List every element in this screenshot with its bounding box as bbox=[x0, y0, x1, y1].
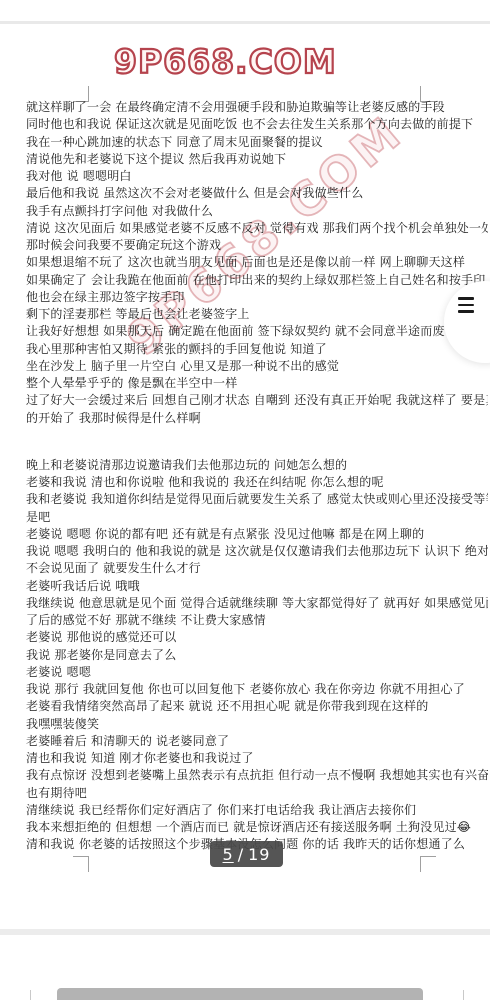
text-line: 老婆说 嗯嗯 你说的都有吧 还有就是有点紧张 没见过他嘛 都是在网上聊的 bbox=[26, 526, 488, 543]
text-line: 清说他先和老婆说下这个提议 然后我再劝说她下 bbox=[26, 151, 488, 168]
text-line: 是吧 bbox=[26, 509, 488, 526]
document-text: 就这样聊了一会 在最终确定清不会用强硬手段和胁迫欺骗等让老婆反感的手段同时他也和… bbox=[26, 99, 488, 854]
page-separator: / bbox=[238, 845, 244, 864]
text-line: 的开始了 我那时候得是什么样啊 bbox=[26, 410, 488, 427]
text-line: 我本来想拒绝的 但想想 一个酒店而已 就是惊讶酒店还有接送服务啊 土狗没见过😂 bbox=[26, 819, 488, 836]
text-line: 如果确定了 会让我跪在他面前 在他打印出来的契约上绿奴那栏签上自己姓名和按手印 bbox=[26, 272, 488, 289]
text-line: 我继续说 他意思就是见个面 觉得合适就继续聊 等大家都觉得好了 就再好 如果感觉… bbox=[26, 595, 488, 612]
text-line: 清继续说 我已经帮你们定好酒店了 你们来打电话给我 我让酒店去接你们 bbox=[26, 802, 488, 819]
page-gap-divider bbox=[0, 929, 490, 935]
text-line: 我和老婆说 我知道你纠结是觉得见面后就要发生关系了 感觉太快或则心里还没接受等等 bbox=[26, 491, 488, 508]
text-line: 老婆说 嗯嗯 bbox=[26, 664, 488, 681]
text-line: 整个人晕晕乎乎的 像是飘在半空中一样 bbox=[26, 375, 488, 392]
text-line: 他也会在绿主那边签字按手印 bbox=[26, 289, 488, 306]
site-watermark-header: 9P668.COM bbox=[114, 42, 337, 81]
paragraph: 就这样聊了一会 在最终确定清不会用强硬手段和胁迫欺骗等让老婆反感的手段同时他也和… bbox=[26, 99, 488, 427]
current-page-number: 5 bbox=[223, 845, 234, 864]
page-margin-mark-bottom-left bbox=[73, 856, 89, 872]
text-line: 就这样聊了一会 在最终确定清不会用强硬手段和胁迫欺骗等让老婆反感的手段 bbox=[26, 99, 488, 116]
hamburger-icon bbox=[458, 297, 474, 313]
text-line: 我说 那老婆你是同意去了么 bbox=[26, 647, 488, 664]
text-line: 剩下的淫妻那栏 等最后也会让老婆签字上 bbox=[26, 306, 488, 323]
text-line: 老婆听我话后说 哦哦 bbox=[26, 578, 488, 595]
text-line: 坐在沙发上 脑子里一片空白 心里又是那一种说不出的感觉 bbox=[26, 358, 488, 375]
text-line: 那时候会问我要不要确定玩这个游戏 bbox=[26, 237, 488, 254]
text-line: 我对他 说 嗯嗯明白 bbox=[26, 168, 488, 185]
total-page-count: 19 bbox=[248, 845, 270, 864]
text-line: 如果想退缩不玩了 这次也就当朋友见面 后面也是还是像以前一样 网上聊聊天这样 bbox=[26, 254, 488, 271]
text-line: 我说 嗯嗯 我明白的 他和我说的就是 这次就是仅仅邀请我们去他那边玩下 认识下 … bbox=[26, 543, 488, 560]
previous-page-edge-divider bbox=[0, 21, 490, 24]
text-line: 最后他和我说 虽然这次不会对老婆做什么 但是会对我做些什么 bbox=[26, 185, 488, 202]
text-line: 同时他也和我说 保证这次就是见面吃饭 也不会去往发生关系那个方向去做的前提下 bbox=[26, 116, 488, 133]
paragraph: 晚上和老婆说清那边说邀请我们去他那边玩的 问她怎么想的老婆和我说 清也和你说啦 … bbox=[26, 457, 488, 854]
page-indicator-badge: 5 / 19 bbox=[210, 841, 283, 867]
text-line: 我在一种心跳加速的状态下 同意了周末见面聚餐的提议 bbox=[26, 134, 488, 151]
text-line: 过了好大一会缓过来后 回想自己刚才状态 自嘲到 还没有真正开始呢 我就这样了 要… bbox=[26, 392, 488, 409]
text-line: 我说 那行 我就回复他 你也可以回复他下 老婆你放心 我在你旁边 你就不用担心了 bbox=[26, 681, 488, 698]
next-page-content-bar bbox=[57, 988, 423, 1000]
text-line: 老婆说 那他说的感觉还可以 bbox=[26, 629, 488, 646]
text-line: 我嘿嘿装傻笑 bbox=[26, 716, 488, 733]
text-line: 老婆睡着后 和清聊天的 说老婆同意了 bbox=[26, 733, 488, 750]
text-line: 我手有点颤抖打字问他 对我做什么 bbox=[26, 203, 488, 220]
text-line: 不会说见面了 就要发生什么才行 bbox=[26, 560, 488, 577]
text-line: 我有点惊讶 没想到老婆嘴上虽然表示有点抗拒 但行动一点不慢啊 我想她其实也有兴奋 bbox=[26, 767, 488, 784]
text-line: 清也和我说 知道 刚才你老婆也和我说过了 bbox=[26, 750, 488, 767]
text-line: 老婆和我说 清也和你说啦 他和我说的 我还在纠结呢 你怎么想的呢 bbox=[26, 474, 488, 491]
text-line: 我心里那种害怕又期待 紧张的颤抖的手回复他说 知道了 bbox=[26, 341, 488, 358]
next-page-mark-left bbox=[20, 990, 31, 1000]
text-line: 了后的感觉不好 那就不继续 不让费大家感情 bbox=[26, 612, 488, 629]
next-page-mark-right bbox=[463, 990, 474, 1000]
text-line: 也有期待吧 bbox=[26, 785, 488, 802]
text-line: 让我好好想想 如果那天后 确定跪在他面前 签下绿奴契约 就不会同意半途而废了 bbox=[26, 323, 488, 340]
text-line: 老婆看我情绪突然高昂了起来 就说 还不用担心呢 就是你带我到现在这样的 bbox=[26, 698, 488, 715]
text-line: 清说 这次见面后 如果感觉老婆不反感不反对 觉得有戏 那我们两个找个机会单独处一… bbox=[26, 220, 488, 237]
text-line: 晚上和老婆说清那边说邀请我们去他那边玩的 问她怎么想的 bbox=[26, 457, 488, 474]
page-margin-mark-bottom-right bbox=[420, 856, 436, 872]
